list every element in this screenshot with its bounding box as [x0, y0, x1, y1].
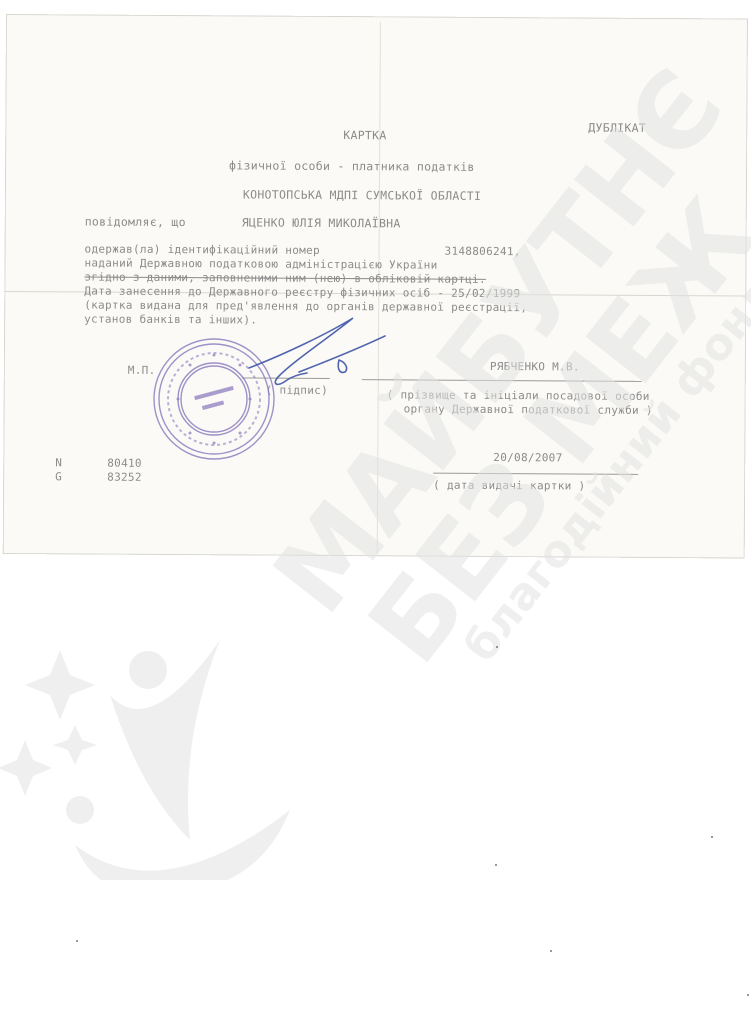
issue-date-caption: ( дата видачі картки )	[433, 479, 585, 493]
card-subtitle: фізичної особи - платника податків	[229, 158, 475, 174]
code-label: N	[55, 456, 62, 469]
issue-date-rule	[433, 473, 638, 475]
scan-speck	[550, 950, 552, 952]
taxpayer-card: ДУБЛІКАТ КАРТКА фізичної особи - платник…	[3, 14, 748, 559]
scan-speck	[747, 994, 749, 996]
code-value: 83252	[107, 471, 142, 484]
charity-logo-icon	[0, 590, 310, 880]
official-caption-2: органу Державної податкової служби )	[404, 402, 653, 417]
official-caption-1: ( прізвище та ініціали посадової особи	[387, 388, 650, 403]
issue-date: 20/08/2007	[493, 451, 562, 464]
card-title: КАРТКА	[343, 128, 386, 142]
scan-speck	[711, 836, 713, 838]
body-line-struck: згідно з даними, заповненими ним (нею) в…	[84, 270, 486, 285]
scanned-page: ДУБЛІКАТ КАРТКА фізичної особи - платник…	[0, 0, 751, 1024]
code-label: G	[55, 470, 62, 483]
person-name: ЯЦЕНКО ЮЛІЯ МИКОЛАЇВНА	[242, 215, 401, 230]
tax-id-number: 3148806241,	[445, 245, 521, 258]
body-line: наданий Державною податковою адміністрац…	[84, 256, 437, 271]
official-name: РЯБЧЕНКО М.В.	[490, 360, 580, 374]
tax-authority: КОНОТОПСЬКА МДПІ СУМСЬКОЇ ОБЛАСТІ	[243, 187, 481, 202]
official-rule	[362, 379, 642, 382]
code-value: 80410	[107, 457, 142, 470]
scan-speck	[76, 940, 78, 942]
scan-speck	[496, 646, 498, 648]
body-line: одержав(ла) ідентифікаційний номер	[85, 242, 320, 256]
scan-speck	[495, 864, 497, 866]
notifies-label: повідомляє, що	[85, 214, 186, 229]
body-line: установ банків та інших).	[84, 312, 257, 326]
duplicate-mark: ДУБЛІКАТ	[588, 121, 646, 135]
handwritten-signature	[235, 310, 395, 390]
registry-date-line: Дата занесення до Державного реєстру фіз…	[84, 284, 520, 300]
